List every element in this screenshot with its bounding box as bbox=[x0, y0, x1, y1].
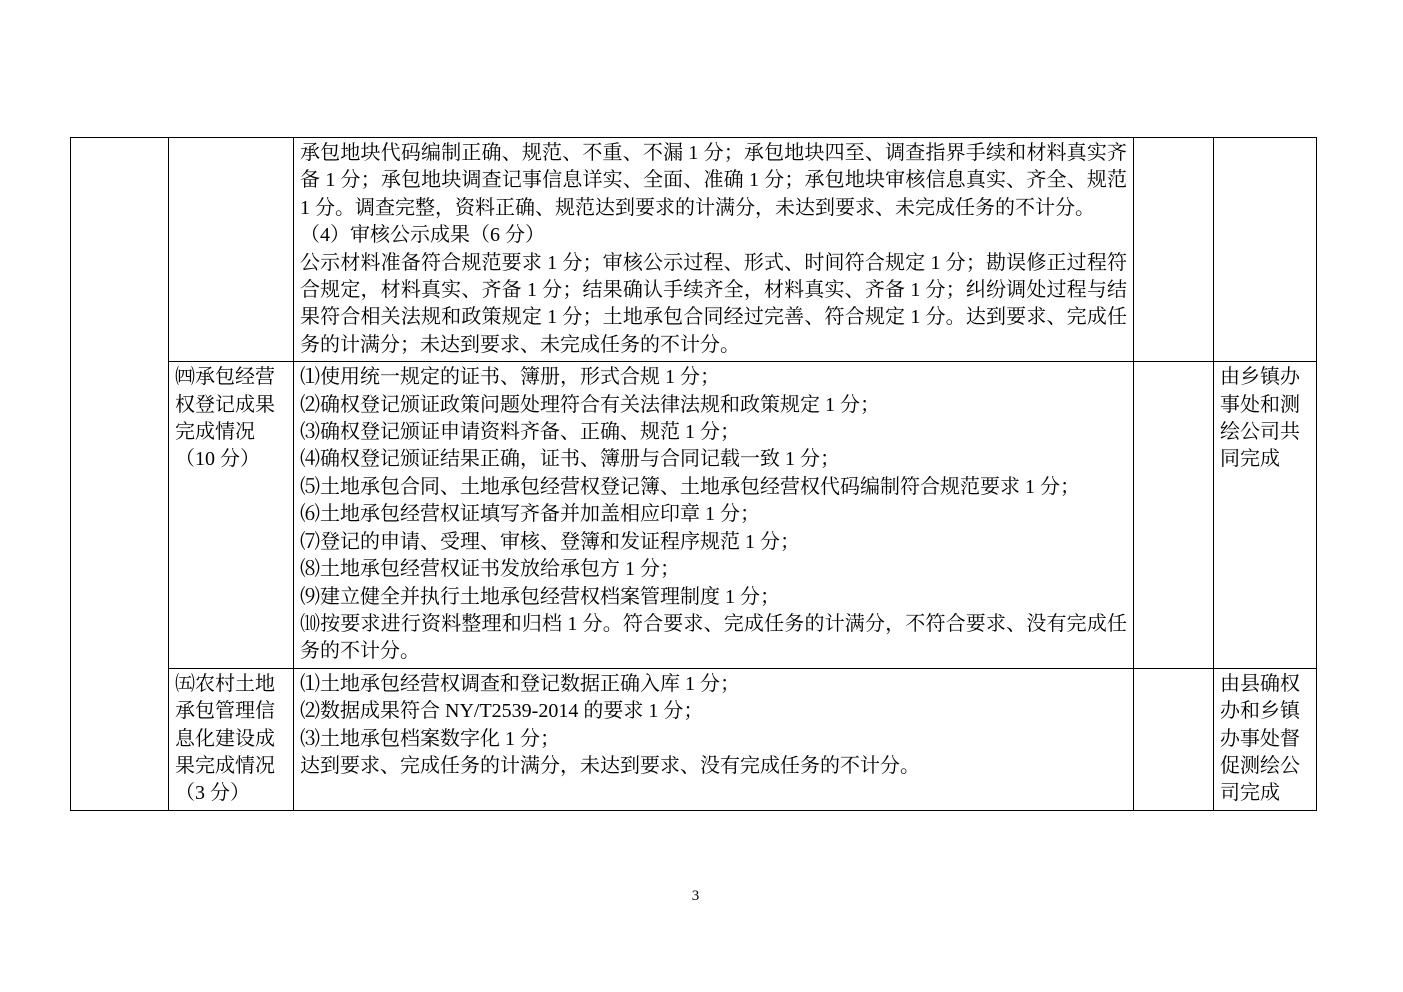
criteria-paragraph: 承包地块代码编制正确、规范、不重、不漏 1 分；承包地块四至、调查指界手续和材料… bbox=[300, 140, 1127, 222]
criteria-paragraph: ⑵确权登记颁证政策问题处理符合有关法律法规和政策规定 1 分； bbox=[300, 392, 1127, 419]
criteria-paragraph: ⑼建立健全并执行土地承包经营权档案管理制度 1 分； bbox=[300, 584, 1127, 611]
responsible-cell bbox=[1214, 138, 1317, 362]
row-label-cell: ㈣承包经营权登记成果完成情况（10 分） bbox=[169, 362, 294, 668]
criteria-cell: 承包地块代码编制正确、规范、不重、不漏 1 分；承包地块四至、调查指界手续和材料… bbox=[294, 138, 1134, 362]
criteria-paragraph: ⑻土地承包经营权证书发放给承包方 1 分； bbox=[300, 556, 1127, 583]
criteria-paragraph: ⑵数据成果符合 NY/T2539-2014 的要求 1 分； bbox=[300, 698, 1127, 725]
document-page: 承包地块代码编制正确、规范、不重、不漏 1 分；承包地块四至、调查指界手续和材料… bbox=[0, 0, 1403, 992]
criteria-cell: ⑴使用统一规定的证书、簿册，形式合规 1 分； ⑵确权登记颁证政策问题处理符合有… bbox=[294, 362, 1134, 668]
criteria-paragraph: ⑸土地承包合同、土地承包经营权登记簿、土地承包经营权代码编制符合规范要求 1 分… bbox=[300, 474, 1127, 501]
criteria-paragraph: ⑶土地承包档案数字化 1 分； bbox=[300, 726, 1127, 753]
row-label-cell: ㈤农村土地承包管理信息化建设成果完成情况（3 分） bbox=[169, 668, 294, 810]
criteria-paragraph: ⑹土地承包经营权证填写齐备并加盖相应印章 1 分； bbox=[300, 501, 1127, 528]
criteria-cell: ⑴土地承包经营权调查和登记数据正确入库 1 分； ⑵数据成果符合 NY/T253… bbox=[294, 668, 1134, 810]
page-number: 3 bbox=[0, 888, 1391, 905]
criteria-paragraph: ⑽按要求进行资料整理和归档 1 分。符合要求、完成任务的计满分，不符合要求、没有… bbox=[300, 611, 1127, 666]
score-cell bbox=[1134, 138, 1214, 362]
criteria-paragraph: 公示材料准备符合规范要求 1 分；审核公示过程、形式、时间符合规定 1 分；勘误… bbox=[300, 250, 1127, 360]
criteria-paragraph: （4）审核公示成果（6 分） bbox=[300, 222, 1127, 249]
assessment-table: 承包地块代码编制正确、规范、不重、不漏 1 分；承包地块四至、调查指界手续和材料… bbox=[70, 137, 1317, 811]
left-spacer-cell bbox=[71, 138, 169, 811]
score-cell bbox=[1134, 362, 1214, 668]
responsible-cell: 由县确权办和乡镇办事处督促测绘公司完成 bbox=[1214, 668, 1317, 810]
criteria-paragraph: ⑴土地承包经营权调查和登记数据正确入库 1 分； bbox=[300, 671, 1127, 698]
row-label-cell bbox=[169, 138, 294, 362]
criteria-paragraph: ⑺登记的申请、受理、审核、登簿和发证程序规范 1 分； bbox=[300, 529, 1127, 556]
criteria-paragraph: ⑴使用统一规定的证书、簿册，形式合规 1 分； bbox=[300, 364, 1127, 391]
criteria-paragraph: 达到要求、完成任务的计满分，未达到要求、没有完成任务的不计分。 bbox=[300, 753, 1127, 780]
criteria-paragraph: ⑷确权登记颁证结果正确，证书、簿册与合同记载一致 1 分； bbox=[300, 446, 1127, 473]
table-row-registration-results: ㈣承包经营权登记成果完成情况（10 分） ⑴使用统一规定的证书、簿册，形式合规 … bbox=[71, 362, 1317, 668]
table-row-audit-publicity: 承包地块代码编制正确、规范、不重、不漏 1 分；承包地块四至、调查指界手续和材料… bbox=[71, 138, 1317, 362]
responsible-cell: 由乡镇办事处和测绘公司共同完成 bbox=[1214, 362, 1317, 668]
table-row-informatization-results: ㈤农村土地承包管理信息化建设成果完成情况（3 分） ⑴土地承包经营权调查和登记数… bbox=[71, 668, 1317, 810]
criteria-paragraph: ⑶确权登记颁证申请资料齐备、正确、规范 1 分； bbox=[300, 419, 1127, 446]
score-cell bbox=[1134, 668, 1214, 810]
